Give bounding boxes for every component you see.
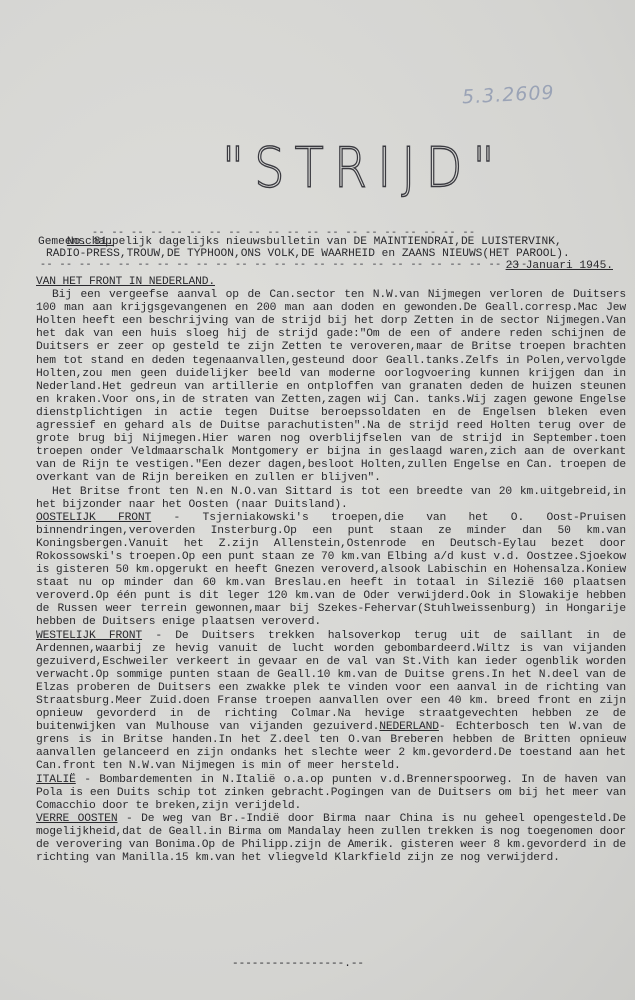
paragraph-italie: ITALIË - Bombardementen in N.Italië o.a.… xyxy=(36,774,626,813)
paragraph-oostelijk-front: OOSTELIJK FRONT - Tsjerniakowski's troep… xyxy=(36,512,626,630)
subtitle-line-1: Gemeenschappelijk dagelijks nieuwsbullet… xyxy=(38,236,623,248)
label-westelijk-front: WESTELIJK FRONT xyxy=(36,630,142,642)
paragraph-westelijk-front: WESTELIJK FRONT - De Duitsers trekken ha… xyxy=(36,630,626,774)
text-italie: - Bombardementen in N.Italië o.a.op punt… xyxy=(36,774,626,812)
paragraph-verre-oosten: VERRE OOSTEN - De weg van Br.-Indië door… xyxy=(36,813,626,865)
label-oostelijk-front: OOSTELIJK FRONT xyxy=(36,512,151,524)
label-italie: ITALIË xyxy=(36,774,76,786)
paragraph-nijmegen: Bij een vergeefse aanval op de Can.secto… xyxy=(36,289,626,485)
text-westelijk-front: - De Duitsers trekken halsoverkop terug … xyxy=(36,630,626,734)
text-verre-oosten: - De weg van Br.-Indië door Birma naar C… xyxy=(36,813,626,864)
text-oostelijk-front: - Tsjerniakowski's troepen,die van het O… xyxy=(36,512,626,629)
article-body: VAN HET FRONT IN NEDERLAND. Bij een verg… xyxy=(36,276,626,865)
masthead-title: "STRIJD" xyxy=(222,136,432,200)
section-title: VAN HET FRONT IN NEDERLAND. xyxy=(36,276,215,288)
paragraph-sittard: Het Britse front ten N.en N.O.van Sittar… xyxy=(36,486,626,512)
label-nederland: NEDERLAND xyxy=(379,721,439,733)
label-verre-oosten: VERRE OOSTEN xyxy=(36,813,117,825)
subtitle-line-2: RADIO-PRESS,TROUW,DE TYPHOON,ONS VOLK,DE… xyxy=(46,248,631,260)
header-dash-rule: -- -- -- -- -- -- -- -- -- -- -- -- -- -… xyxy=(40,260,625,272)
closing-dash-rule: -----------------.-- xyxy=(232,958,364,970)
archive-pencil-note: 5.3.2609 xyxy=(461,82,555,109)
newsletter-page: 5.3.2609 "STRIJD" No. 81. -- -- -- -- --… xyxy=(0,0,635,1000)
